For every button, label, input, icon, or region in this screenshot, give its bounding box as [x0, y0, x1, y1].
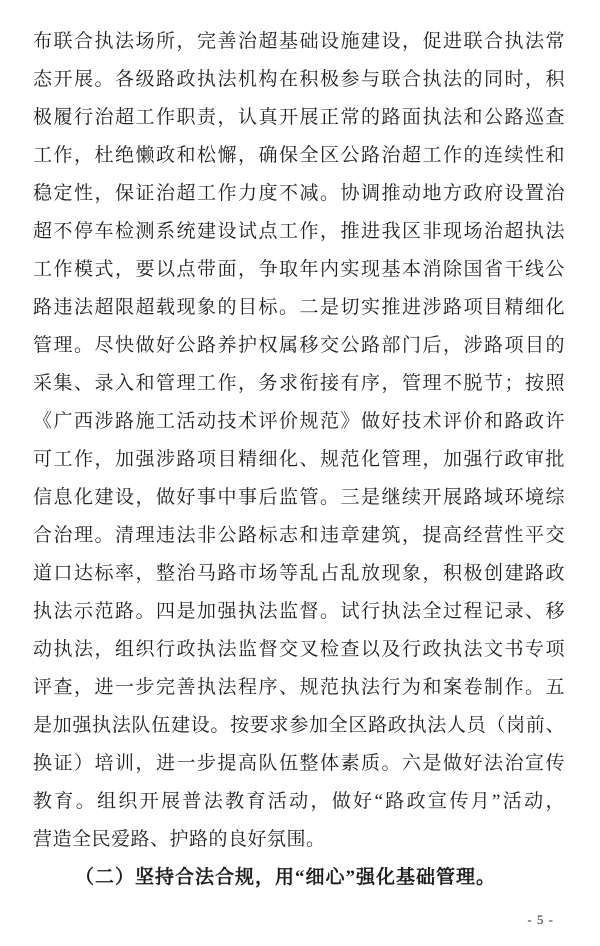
body-text-line: 可工作，加强涉路项目精细化、规范化管理，加强行政审批 [33, 441, 565, 479]
body-text-line: 合治理。清理违法非公路标志和违章建筑，提高经营性平交 [33, 517, 565, 555]
body-text-line: 教育。组织开展普法教育活动，做好“路政宣传月”活动， [33, 783, 565, 821]
body-text-line: 营造全民爱路、护路的良好氛围。 [33, 821, 565, 859]
body-text-line: 道口达标率，整治马路市场等乱占乱放现象，积极创建路政 [33, 555, 565, 593]
document-body: 布联合执法场所，完善治超基础设施建设，促进联合执法常 态开展。各级路政执法机构在… [33, 23, 565, 897]
body-text-line: 动执法，组织行政执法监督交叉检查以及行政执法文书专项 [33, 631, 565, 669]
document-page: 布联合执法场所，完善治超基础设施建设，促进联合执法常 态开展。各级路政执法机构在… [0, 0, 600, 946]
body-text-line: 态开展。各级路政执法机构在积极参与联合执法的同时，积 [33, 61, 565, 99]
body-text-line: 极履行治超工作职责，认真开展正常的路面执法和公路巡查 [33, 99, 565, 137]
body-text-line: 布联合执法场所，完善治超基础设施建设，促进联合执法常 [33, 23, 565, 61]
body-text-line: 超不停车检测系统建设试点工作，推进我区非现场治超执法 [33, 213, 565, 251]
body-text-line: 路违法超限超载现象的目标。二是切实推进涉路项目精细化 [33, 289, 565, 327]
body-text-line: 采集、录入和管理工作，务求衔接有序，管理不脱节；按照 [33, 365, 565, 403]
body-text-line: 管理。尽快做好公路养护权属移交公路部门后，涉路项目的 [33, 327, 565, 365]
body-text-line: 执法示范路。四是加强执法监督。试行执法全过程记录、移 [33, 593, 565, 631]
body-text-line: 是加强执法队伍建设。按要求参加全区路政执法人员（岗前、 [33, 707, 565, 745]
body-text-line: 工作，杜绝懒政和松懈，确保全区公路治超工作的连续性和 [33, 137, 565, 175]
body-text-line: 换证）培训，进一步提高队伍整体素质。六是做好法治宣传 [33, 745, 565, 783]
body-text-line: 信息化建设，做好事中事后监管。三是继续开展路域环境综 [33, 479, 565, 517]
body-text-line: 稳定性，保证治超工作力度不减。协调推动地方政府设置治 [33, 175, 565, 213]
section-heading: （二）坚持合法合规，用“细心”强化基础管理。 [33, 859, 565, 897]
body-text-line: 工作模式，要以点带面，争取年内实现基本消除国省干线公 [33, 251, 565, 289]
page-number: - 5 - [527, 912, 554, 928]
body-text-line: 《广西涉路施工活动技术评价规范》做好技术评价和路政许 [33, 403, 565, 441]
body-text-line: 评查，进一步完善执法程序、规范执法行为和案卷制作。五 [33, 669, 565, 707]
